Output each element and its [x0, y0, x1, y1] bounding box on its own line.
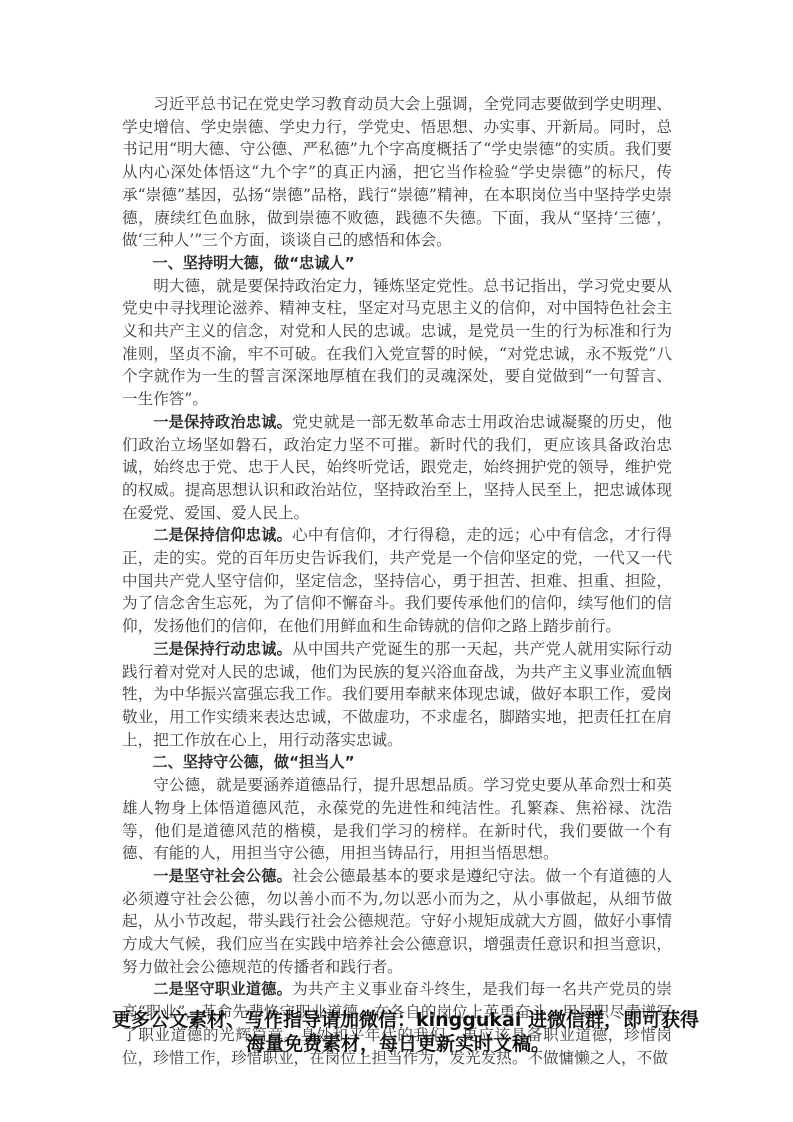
point-lead: 三是保持行动忠诚。 [153, 640, 292, 658]
promo-line-2: 海量免费素材，每日更新实时文稿。 [112, 1032, 684, 1056]
document-body: 习近平总书记在党史学习教育动员大会上强调，全党同志要做到学史明理、学史增信、学史… [122, 93, 672, 1069]
point-lead: 二是坚守职业道德。 [153, 980, 292, 998]
section-1-intro-paragraph: 明大德，就是要保持政治定力，锤炼坚定党性。总书记指出，学习党史要从党史中寻找理论… [122, 275, 672, 411]
section-2-intro-paragraph: 守公德，就是要涵养道德品行，提升思想品质。学习党史要从革命烈士和英雄人物身上体悟… [122, 774, 672, 865]
promo-line-1: 更多公文素材、写作指导请加微信：kinggukai 进微信群，即可获得 [112, 1008, 684, 1032]
section-heading-1: 一、坚持明大德，做“忠诚人” [122, 252, 672, 275]
promo-footer-banner: 更多公文素材、写作指导请加微信：kinggukai 进微信群，即可获得 海量免费… [112, 1008, 684, 1056]
intro-paragraph: 习近平总书记在党史学习教育动员大会上强调，全党同志要做到学史明理、学史增信、学史… [122, 93, 672, 252]
section-1-point-2-paragraph: 二是保持信仰忠诚。心中有信仰，才行得稳，走的远；心中有信念，才行得正，走的实。党… [122, 524, 672, 638]
section-1-point-3-paragraph: 三是保持行动忠诚。从中国共产党诞生的那一天起，共产党人就用实际行动践行着对党对人… [122, 638, 672, 752]
point-lead: 一是保持政治忠诚。 [153, 413, 292, 431]
section-1-point-1-paragraph: 一是保持政治忠诚。党史就是一部无数革命志士用政治忠诚凝聚的历史，他们政治立场坚如… [122, 411, 672, 525]
point-lead: 一是坚守社会公德。 [153, 867, 292, 885]
point-lead: 二是保持信仰忠诚。 [153, 526, 292, 544]
section-heading-2: 二、坚持守公德，做“担当人” [122, 751, 672, 774]
section-2-point-1-paragraph: 一是坚守社会公德。社会公德最基本的要求是遵纪守法。做一个有道德的人必须遵守社会公… [122, 865, 672, 979]
